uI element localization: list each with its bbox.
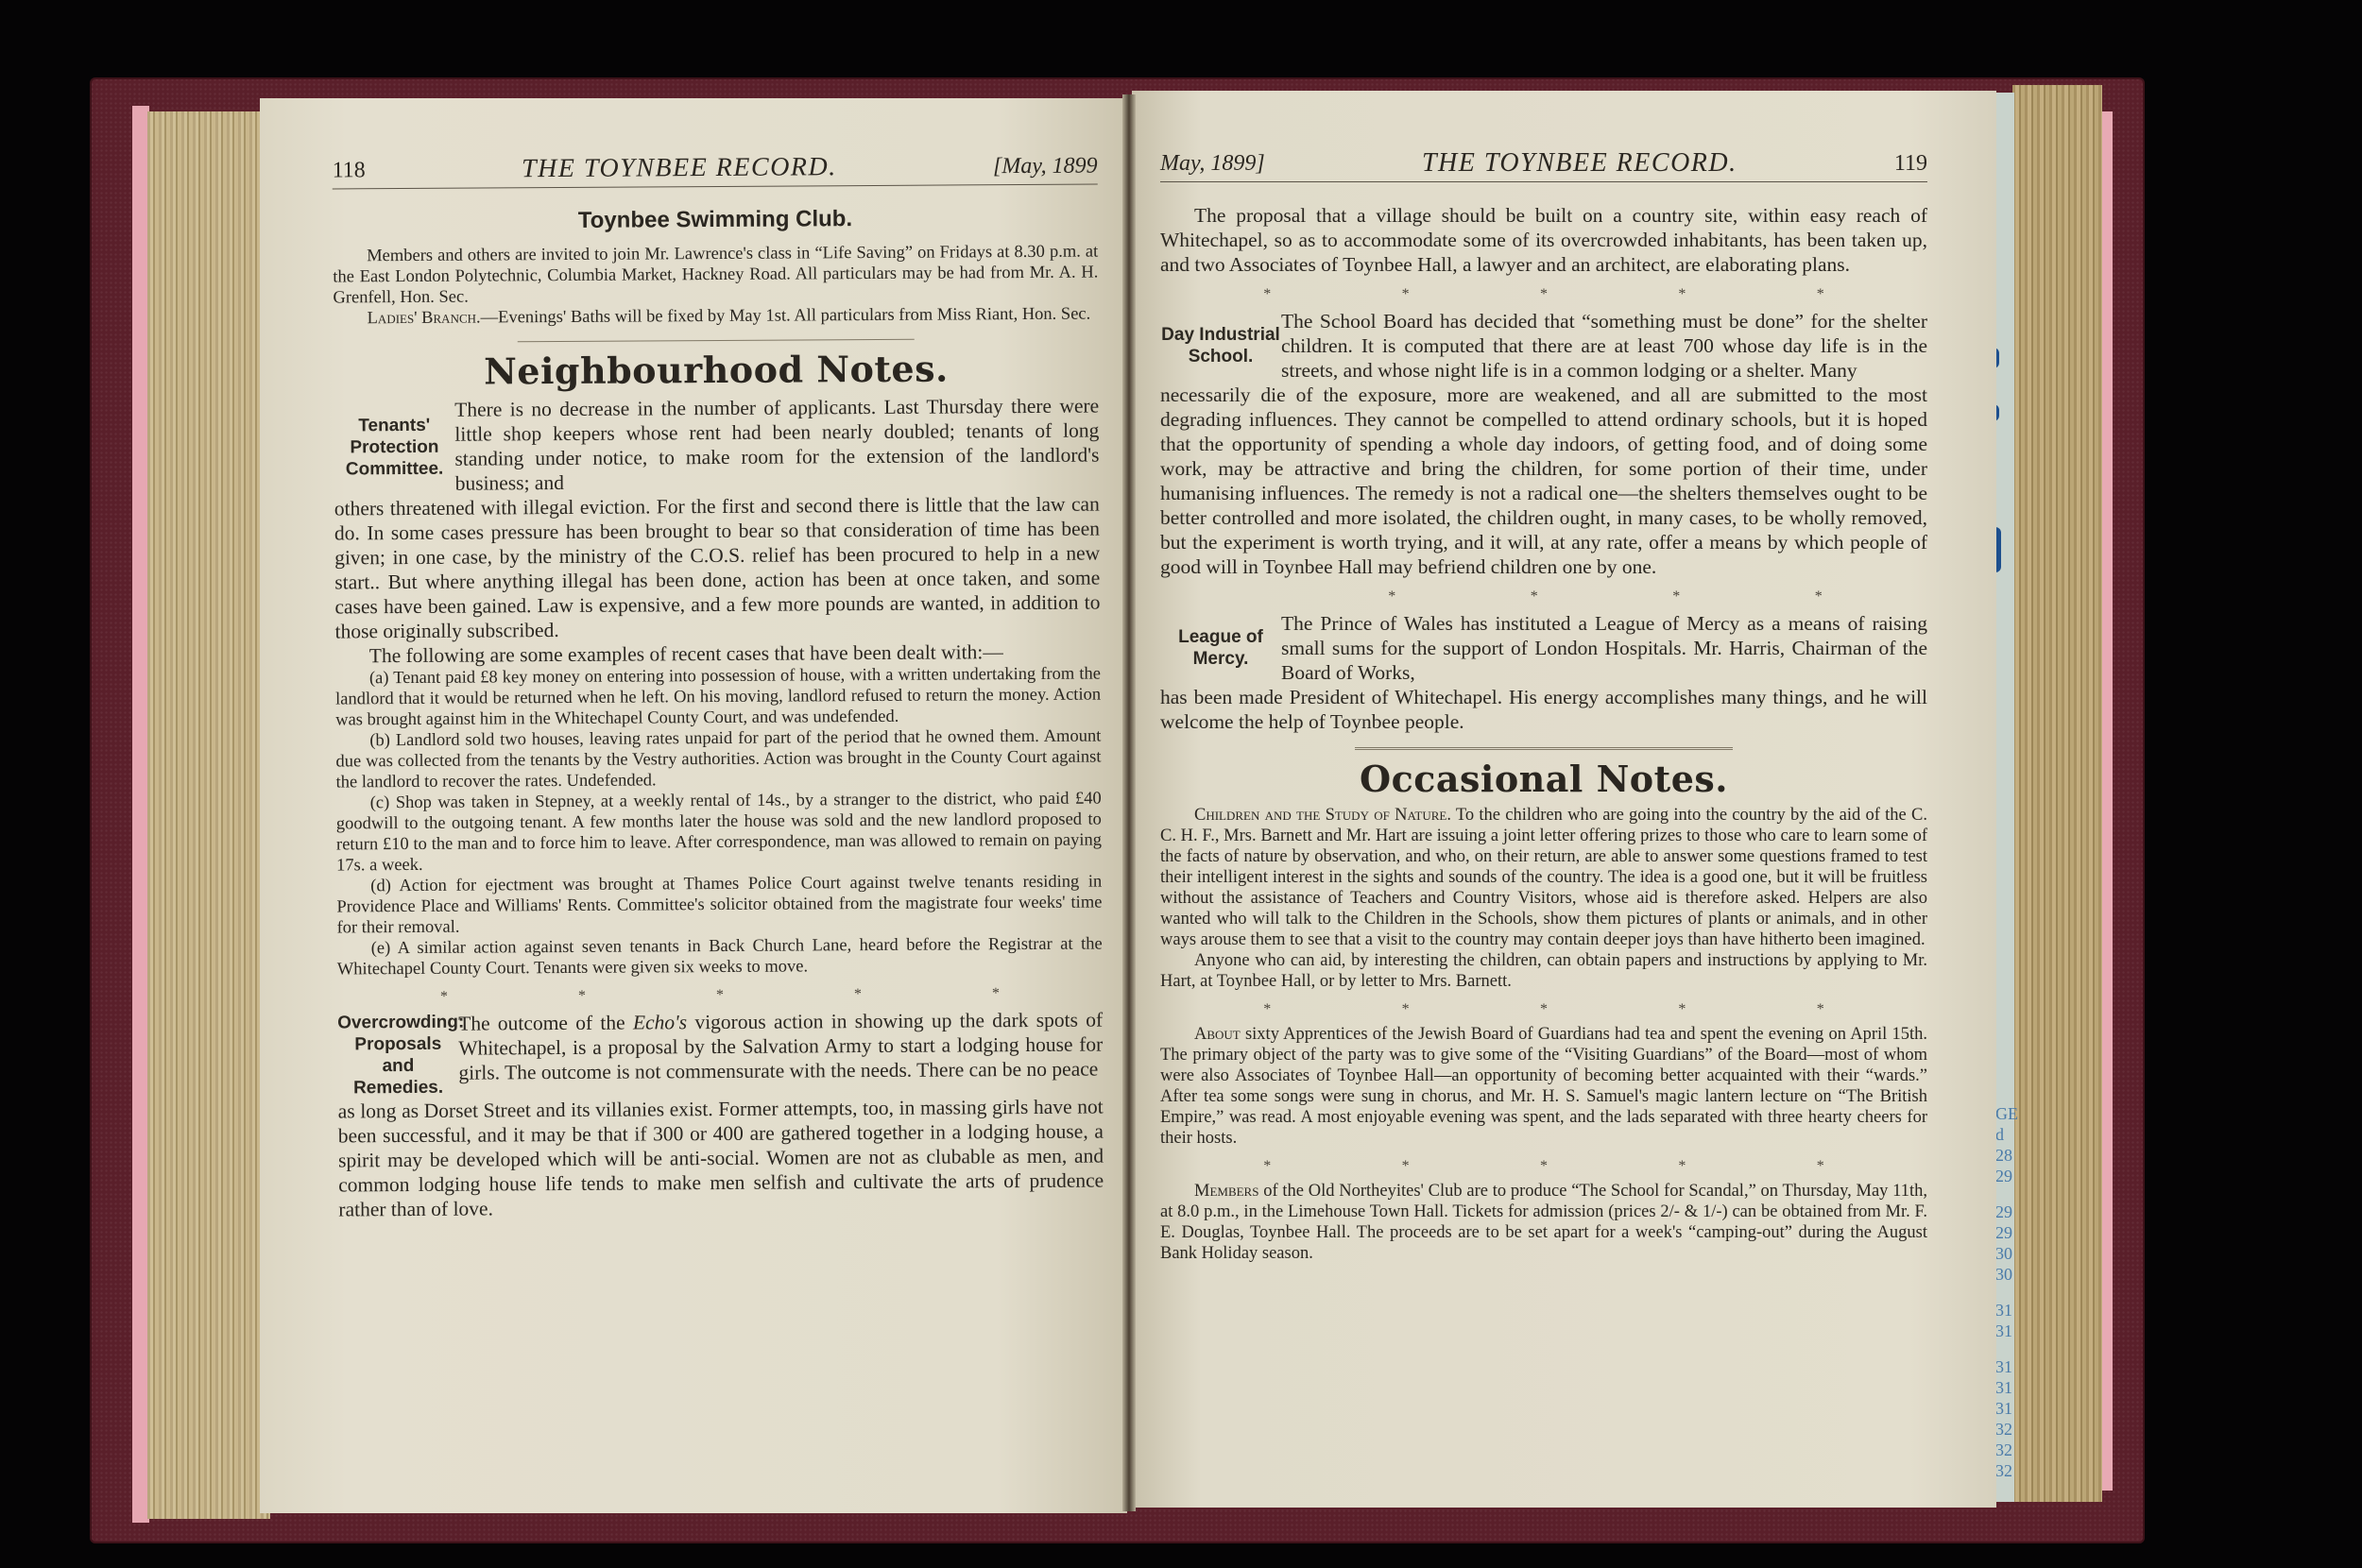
ladies-branch-paragraph: Ladies' Branch.—Evenings' Baths will be … xyxy=(334,304,1099,330)
section-heading-swimming-club: Toynbee Swimming Club. xyxy=(333,206,1098,235)
ladies-branch-label: Ladies' Branch. xyxy=(368,309,481,329)
echo-newspaper-title: Echo's xyxy=(633,1011,687,1033)
overcrowding-block: Overcrowding: Proposals and Remedies. Th… xyxy=(337,1008,1104,1099)
tenants-lead-text: There is no decrease in the number of ap… xyxy=(454,394,1100,496)
case-d: (d) Action for ejectment was brought at … xyxy=(336,872,1102,939)
ladies-branch-text: —Evenings' Baths will be fixed by May 1s… xyxy=(481,305,1091,328)
nature-study-paragraph: Children and the Study of Nature. To the… xyxy=(1160,805,1927,950)
league-lead-text: The Prince of Wales has instituted a Lea… xyxy=(1281,611,1927,685)
left-page-column: 118 THE TOYNBEE RECORD. [May, 1899 Toynb… xyxy=(333,154,1104,1222)
side-label-league: League of Mercy. xyxy=(1160,626,1281,670)
league-of-mercy-block: League of Mercy. The Prince of Wales has… xyxy=(1160,611,1927,685)
apprentices-label: About xyxy=(1194,1025,1241,1044)
northeyites-paragraph: Members of the Old Northeyites' Club are… xyxy=(1160,1181,1927,1264)
day-school-lead-text: The School Board has decided that “somet… xyxy=(1281,309,1927,383)
tenants-continuation: others threatened with illegal eviction.… xyxy=(334,492,1101,644)
section-divider xyxy=(1355,747,1733,750)
overcrowding-lead-text: The outcome of the Echo's vigorous actio… xyxy=(458,1008,1104,1099)
running-header-right: May, 1899] THE TOYNBEE RECORD. 119 xyxy=(1160,151,1927,182)
page-number: 119 xyxy=(1894,151,1927,176)
running-header-left: 118 THE TOYNBEE RECORD. [May, 1899 xyxy=(333,154,1098,190)
asterism-separator: **** xyxy=(1160,579,1927,611)
running-title: THE TOYNBEE RECORD. xyxy=(1422,151,1737,176)
section-heading-neighbourhood-notes: Neighbourhood Notes. xyxy=(334,356,1099,385)
book-gutter xyxy=(1122,94,1136,1511)
case-e: (e) A similar action against seven tenan… xyxy=(337,934,1103,980)
page-number: 118 xyxy=(333,158,366,182)
case-a: (a) Tenant paid £8 key money on entering… xyxy=(335,664,1101,731)
running-title: THE TOYNBEE RECORD. xyxy=(522,155,837,181)
side-label-tenants: Tenants' Protection Committee. xyxy=(334,414,454,480)
league-continuation: has been made President of Whitechapel. … xyxy=(1160,685,1927,734)
case-b: (b) Landlord sold two houses, leaving ra… xyxy=(335,726,1101,793)
fore-edge-right xyxy=(2012,85,2102,1502)
village-proposal-paragraph: The proposal that a village should be bu… xyxy=(1160,203,1927,277)
nature-study-followup: Anyone who can aid, by interesting the c… xyxy=(1160,950,1927,992)
day-school-continuation: necessarily die of the exposure, more ar… xyxy=(1160,383,1927,579)
nature-study-label: Children and the Study of Nature. xyxy=(1194,806,1451,825)
asterism-separator: ***** xyxy=(1160,992,1927,1024)
side-label-overcrowding: Overcrowding: Proposals and Remedies. xyxy=(337,1012,459,1099)
section-heading-occasional-notes: Occasional Notes. xyxy=(1160,767,1927,792)
asterism-separator: ***** xyxy=(337,976,1103,1013)
asterism-separator: ***** xyxy=(1160,1149,1927,1181)
apprentices-paragraph: About sixty Apprentices of the Jewish Bo… xyxy=(1160,1024,1927,1149)
day-industrial-school-block: Day Industrial School. The School Board … xyxy=(1160,309,1927,383)
fore-edge-left xyxy=(147,111,270,1519)
insert-page-numbers: GE d 28 29 29 29 30 30 31 31 31 31 31 32… xyxy=(1995,1103,2018,1481)
section-divider xyxy=(518,339,915,343)
case-c: (c) Shop was taken in Stepney, at a week… xyxy=(336,789,1103,877)
swimming-club-paragraph: Members and others are invited to join M… xyxy=(333,242,1098,309)
fore-edge-insert: GE d 28 29 29 29 30 30 31 31 31 31 31 32… xyxy=(1994,93,2014,1502)
northeyites-label: Members xyxy=(1194,1182,1258,1201)
right-page-column: May, 1899] THE TOYNBEE RECORD. 119 The p… xyxy=(1160,151,1927,1264)
side-label-day-school: Day Industrial School. xyxy=(1160,324,1281,367)
issue-date: [May, 1899 xyxy=(993,154,1098,179)
issue-date: May, 1899] xyxy=(1160,151,1265,176)
overcrowding-continuation: as long as Dorset Street and its villani… xyxy=(338,1095,1104,1222)
tenants-protection-block: Tenants' Protection Committee. There is … xyxy=(334,394,1100,497)
asterism-separator: ***** xyxy=(1160,277,1927,309)
